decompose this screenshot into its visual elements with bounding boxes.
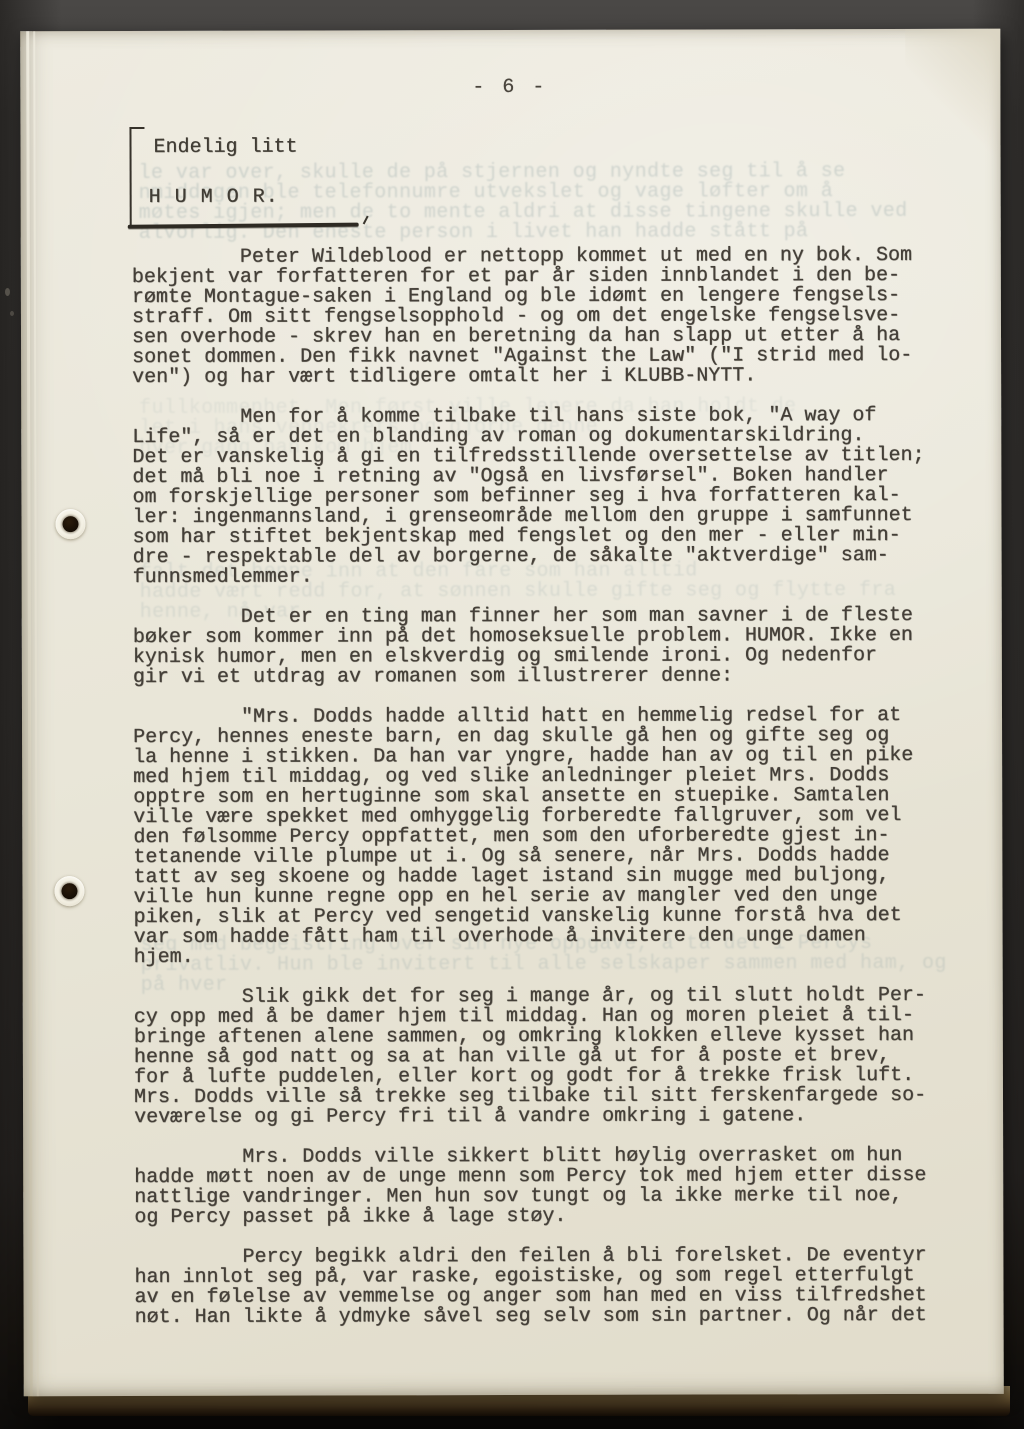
dust-speck [5, 288, 10, 296]
page-stack-edge [33, 31, 39, 1396]
header-title-line1: Endelig litt [153, 138, 297, 158]
document-page: le var over, skulle de på stjernen og ny… [20, 29, 1004, 1397]
article-paragraph: "Mrs. Dodds hadde alltid hatt en hemmeli… [133, 706, 926, 968]
article-body: Peter Wildeblood er nettopp kommet ut me… [132, 246, 927, 1328]
article-paragraph: Men for å komme tilbake til hans siste b… [132, 406, 925, 588]
article-paragraph: Percy begikk aldri den feilen å bli fore… [134, 1246, 926, 1328]
page-corner-fold [905, 29, 1000, 159]
punch-hole-top [55, 509, 85, 539]
header-title-line2: H U M O R. [149, 188, 279, 208]
scan-background: le var over, skulle de på stjernen og ny… [0, 0, 1024, 1429]
punch-hole-bottom [51, 873, 88, 910]
page-number: - 6 - [472, 78, 547, 98]
article-paragraph: Peter Wildeblood er nettopp kommet ut me… [132, 246, 925, 388]
dust-speck [10, 311, 14, 316]
article-paragraph: Mrs. Dodds ville sikkert blitt høylig ov… [134, 1146, 926, 1228]
header-bracket-line [129, 127, 131, 226]
article-paragraph: Slik gikk det for seg i mange år, og til… [134, 986, 927, 1128]
article-paragraph: Det er en ting man finner her som man sa… [133, 606, 925, 688]
page-stack-edge [26, 31, 33, 1396]
